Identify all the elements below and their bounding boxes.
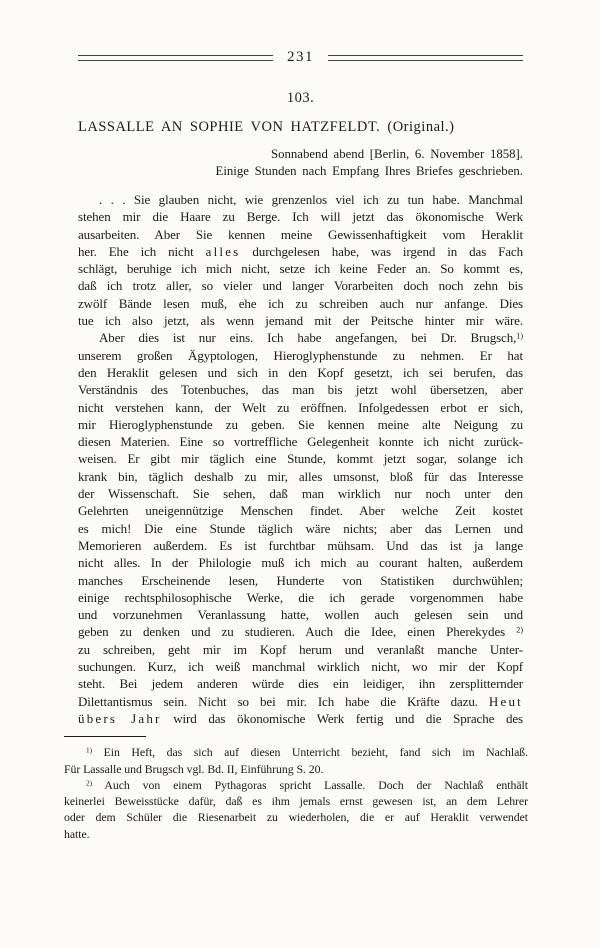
text-segment: tue ich also jetzt, als wenn jemand mit …: [78, 313, 523, 328]
text-segment: suchungen. Kurz, ich weiß manchmal wirkl…: [78, 659, 523, 674]
text-line: Verständnis des Totenbuches, das man bis…: [78, 381, 523, 398]
text-line: einige rechtsphilosophische Werke, die i…: [78, 589, 523, 606]
text-line: hatte.: [64, 826, 528, 842]
text-segment: zwölf Bände lesen muß, ehe ich zu schrei…: [78, 296, 523, 311]
text-line: 1) Ein Heft, das sich auf diesen Unterri…: [64, 744, 528, 760]
text-segment: zu schreiben, geht mir im Kopf herum und…: [78, 642, 523, 657]
text-segment: her. Ehe ich nicht: [78, 244, 206, 259]
text-segment: es mich! Die eine Stunde täglich wäre ni…: [78, 521, 523, 536]
text-line: es mich! Die eine Stunde täglich wäre ni…: [78, 520, 523, 537]
text-line: und vorzunehmen Veranlassung hatte, woll…: [78, 606, 523, 623]
text-segment: Gelehrten uneigennützige Menschen findet…: [78, 503, 523, 518]
text-line: der Wissenschaft. Sie sehen, daß man wir…: [78, 485, 523, 502]
emphasized-text: alles: [206, 244, 241, 259]
text-line: tue ich also jetzt, als wenn jemand mit …: [78, 312, 523, 329]
text-line: Memorieren außerdem. Es ist furchtbar mü…: [78, 537, 523, 554]
text-segment: Für Lassalle und Brugsch vgl. Bd. II, Ei…: [64, 762, 323, 776]
dateline: Sonnabend abend [Berlin, 6. November 185…: [78, 146, 523, 179]
text-line: Gelehrten uneigennützige Menschen findet…: [78, 502, 523, 519]
text-line: manches Erscheinende lesen, Hunderte von…: [78, 572, 523, 589]
text-segment: schlägt, beruhige ich mich nicht, setze …: [78, 261, 523, 276]
text-line: geben zu denken und zu studieren. Auch d…: [78, 623, 523, 640]
text-segment: unserem großen Ägyptologen, Hieroglyphen…: [78, 348, 523, 363]
text-segment: Verständnis des Totenbuches, das man bis…: [78, 382, 523, 397]
text-segment: der Wissenschaft. Sie sehen, daß man wir…: [78, 486, 523, 501]
text-segment: manches Erscheinende lesen, Hunderte von…: [78, 573, 523, 588]
text-line: diesen Materien. Eine so vortreffliche G…: [78, 433, 523, 450]
text-segment: krank bin, täglich deshalb zu mir, alles…: [78, 469, 523, 484]
text-segment: einige rechtsphilosophische Werke, die i…: [78, 590, 523, 605]
text-segment: stehen mir die Haare zu Berge. Ich will …: [78, 209, 523, 224]
text-line: weisen. Er gibt mir täglich eine Stunde,…: [78, 450, 523, 467]
footnote-2: 2) Auch von einem Pythagoras spricht Las…: [64, 777, 528, 842]
text-line: her. Ehe ich nicht alles durchgelesen ha…: [78, 243, 523, 260]
text-segment: Ein Heft, das sich auf diesen Unterricht…: [92, 745, 528, 759]
text-segment: geben zu denken und zu studieren. Auch d…: [78, 624, 516, 639]
text-segment: keinerlei Beweisstücke dafür, daß es ihm…: [64, 794, 528, 808]
text-segment: Dilettantismus sein. Nicht so bei mir. I…: [78, 694, 489, 709]
text-segment: durchgelesen habe, was irgend in das Fac…: [240, 244, 523, 259]
letter-body: . . . Sie glauben nicht, wie grenzenlos …: [78, 191, 523, 727]
text-line: unserem großen Ägyptologen, Hieroglyphen…: [78, 347, 523, 364]
text-line: Für Lassalle und Brugsch vgl. Bd. II, Ei…: [64, 761, 528, 777]
text-segment: nicht verstehen kann, der Welt zu eröffn…: [78, 400, 523, 415]
footnote-separator: [64, 736, 146, 737]
text-segment: diesen Materien. Eine so vortreffliche G…: [78, 434, 523, 449]
text-segment: mir Hieroglyphenstunde zu geben. Sie ken…: [78, 417, 523, 432]
header-rule-left: [78, 55, 273, 61]
text-segment: wird das ökonomische Werk fertig und die…: [162, 711, 523, 726]
text-line: mir Hieroglyphenstunde zu geben. Sie ken…: [78, 416, 523, 433]
text-segment: Memorieren außerdem. Es ist furchtbar mü…: [78, 538, 523, 553]
text-segment: . . . Sie glauben nicht, wie grenzenlos …: [99, 192, 523, 207]
text-segment: den Heraklit gelesen und sich in den Kop…: [78, 365, 523, 380]
text-segment: nicht alles. In der Philologie muß ich m…: [78, 555, 523, 570]
text-line: krank bin, täglich deshalb zu mir, alles…: [78, 468, 523, 485]
header-rule-right: [328, 55, 523, 61]
text-line: 2) Auch von einem Pythagoras spricht Las…: [64, 777, 528, 793]
text-line: zu schreiben, geht mir im Kopf herum und…: [78, 641, 523, 658]
text-line: . . . Sie glauben nicht, wie grenzenlos …: [78, 191, 523, 208]
text-line: übers Jahr wird das ökonomische Werk fer…: [78, 710, 523, 727]
text-line: Aber dies ist nur eins. Ich habe angefan…: [78, 329, 523, 346]
text-segment: daß ich trotz aller, so vieler und lange…: [78, 278, 523, 293]
emphasized-text: übers Jahr: [78, 711, 162, 726]
page-number: 231: [273, 49, 328, 65]
book-page: 231 103. LASSALLE AN SOPHIE VON HATZFELD…: [0, 0, 600, 948]
running-header: 231: [78, 50, 523, 66]
text-line: stehen mir die Haare zu Berge. Ich will …: [78, 208, 523, 225]
text-line: Dilettantismus sein. Nicht so bei mir. I…: [78, 693, 523, 710]
text-segment: Auch von einem Pythagoras spricht Lassal…: [92, 778, 528, 792]
document-number: 103.: [78, 90, 523, 107]
footnotes: 1) Ein Heft, das sich auf diesen Unterri…: [64, 736, 528, 842]
text-segment: hatte.: [64, 827, 90, 841]
text-line: oder dem Schüler die Riesenarbeit zu wie…: [64, 809, 528, 825]
footnote-1: 1) Ein Heft, das sich auf diesen Unterri…: [64, 744, 528, 777]
text-segment: oder dem Schüler die Riesenarbeit zu wie…: [64, 810, 528, 824]
dateline-note: Einige Stunden nach Empfang Ihres Briefe…: [78, 163, 523, 180]
text-segment: ausarbeiten. Aber Sie kennen meine Gewis…: [78, 227, 523, 242]
text-segment: weisen. Er gibt mir täglich eine Stunde,…: [78, 451, 523, 466]
letter-paragraph-2: Aber dies ist nur eins. Ich habe angefan…: [78, 329, 523, 727]
letter-title: LASSALLE AN SOPHIE VON HATZFELDT. (Origi…: [78, 119, 523, 136]
text-segment: Aber dies ist nur eins. Ich habe angefan…: [99, 330, 516, 345]
letter: 103. LASSALLE AN SOPHIE VON HATZFELDT. (…: [78, 90, 523, 727]
emphasized-text: Heut: [489, 694, 523, 709]
text-line: daß ich trotz aller, so vieler und lange…: [78, 277, 523, 294]
text-line: suchungen. Kurz, ich weiß manchmal wirkl…: [78, 658, 523, 675]
text-line: schlägt, beruhige ich mich nicht, setze …: [78, 260, 523, 277]
text-line: den Heraklit gelesen und sich in den Kop…: [78, 364, 523, 381]
text-line: steht. Bei jedem anderen würde dies ein …: [78, 675, 523, 692]
text-line: zwölf Bände lesen muß, ehe ich zu schrei…: [78, 295, 523, 312]
text-line: keinerlei Beweisstücke dafür, daß es ihm…: [64, 793, 528, 809]
footnote-marker: 1): [516, 332, 523, 341]
letter-paragraph-1: . . . Sie glauben nicht, wie grenzenlos …: [78, 191, 523, 329]
text-line: nicht alles. In der Philologie muß ich m…: [78, 554, 523, 571]
footnote-marker: 2): [516, 626, 523, 635]
text-segment: steht. Bei jedem anderen würde dies ein …: [78, 676, 523, 691]
text-line: ausarbeiten. Aber Sie kennen meine Gewis…: [78, 226, 523, 243]
text-segment: und vorzunehmen Veranlassung hatte, woll…: [78, 607, 523, 622]
text-line: nicht verstehen kann, der Welt zu eröffn…: [78, 399, 523, 416]
dateline-place-date: Sonnabend abend [Berlin, 6. November 185…: [78, 146, 523, 163]
